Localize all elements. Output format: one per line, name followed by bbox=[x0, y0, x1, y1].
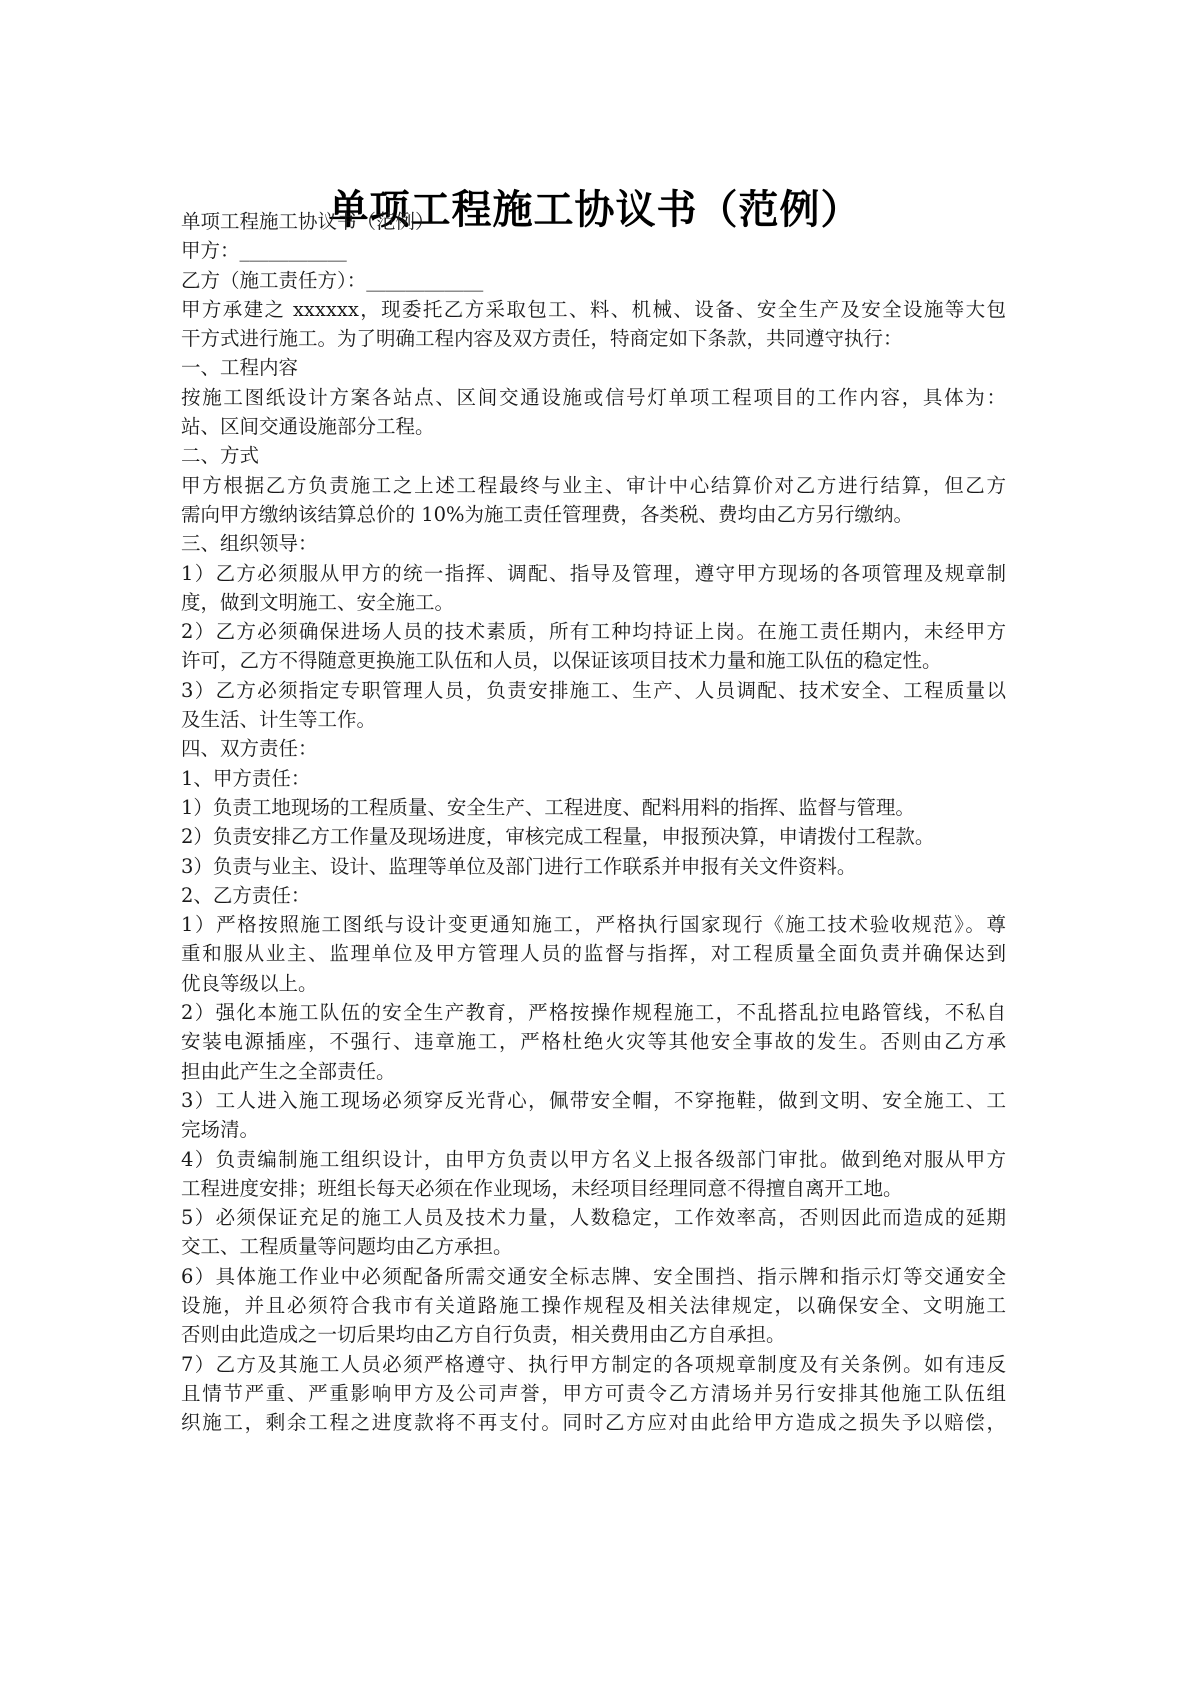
document-line: 1、甲方责任： bbox=[181, 764, 1006, 793]
document-line: 需向甲方缴纳该结算总价的 10%为施工责任管理费，各类税、费均由乙方另行缴纳。 bbox=[181, 500, 1006, 529]
document-line: 乙方（施工责任方）：____________ bbox=[181, 266, 1006, 295]
document-line: 一、工程内容 bbox=[181, 353, 1006, 382]
document-line: 甲方承建之 xxxxxx，现委托乙方采取包工、料、机械、设备、安全生产及安全设施… bbox=[181, 295, 1006, 324]
document-body: 单项工程施工协议书（范例）甲方：___________乙方（施工责任方）：___… bbox=[181, 207, 1006, 1437]
document-line: 5）必须保证充足的施工人员及技术力量，人数稳定，工作效率高，否则因此而造成的延期 bbox=[181, 1203, 1006, 1232]
document-line: 及生活、计生等工作。 bbox=[181, 705, 1006, 734]
document-line: 干方式进行施工。为了明确工程内容及双方责任，特商定如下条款，共同遵守执行： bbox=[181, 324, 1006, 353]
document-line: 安装电源插座，不强行、违章施工，严格杜绝火灾等其他安全事故的发生。否则由乙方承 bbox=[181, 1027, 1006, 1056]
document-line: 三、组织领导： bbox=[181, 529, 1006, 558]
document-line: 重和服从业主、监理单位及甲方管理人员的监督与指挥，对工程质量全面负责并确保达到 bbox=[181, 939, 1006, 968]
document-line: 2）负责安排乙方工作量及现场进度，审核完成工程量，申报预决算，申请拨付工程款。 bbox=[181, 822, 1006, 851]
document-line: 单项工程施工协议书（范例） bbox=[181, 207, 1006, 236]
document-line: 3）乙方必须指定专职管理人员，负责安排施工、生产、人员调配、技术安全、工程质量以 bbox=[181, 676, 1006, 705]
document-line: 四、双方责任： bbox=[181, 734, 1006, 763]
document-line: 否则由此造成之一切后果均由乙方自行负责，相关费用由乙方自承担。 bbox=[181, 1320, 1006, 1349]
document-line: 许可，乙方不得随意更换施工队伍和人员，以保证该项目技术力量和施工队伍的稳定性。 bbox=[181, 646, 1006, 675]
document-line: 二、方式 bbox=[181, 441, 1006, 470]
document-line: 站、区间交通设施部分工程。 bbox=[181, 412, 1006, 441]
document-line: 1）严格按照施工图纸与设计变更通知施工，严格执行国家现行《施工技术验收规范》。尊 bbox=[181, 910, 1006, 939]
document-line: 工程进度安排；班组长每天必须在作业现场，未经项目经理同意不得擅自离开工地。 bbox=[181, 1174, 1006, 1203]
document-line: 2）强化本施工队伍的安全生产教育，严格按操作规程施工，不乱搭乱拉电路管线，不私自 bbox=[181, 998, 1006, 1027]
document-line: 担由此产生之全部责任。 bbox=[181, 1057, 1006, 1086]
document-line: 2）乙方必须确保进场人员的技术素质，所有工种均持证上岗。在施工责任期内，未经甲方 bbox=[181, 617, 1006, 646]
document-page: 单项工程施工协议书（范例） 单项工程施工协议书（范例）甲方：__________… bbox=[0, 0, 1190, 1683]
document-line: 优良等级以上。 bbox=[181, 969, 1006, 998]
document-line: 甲方根据乙方负责施工之上述工程最终与业主、审计中心结算价对乙方进行结算，但乙方 bbox=[181, 471, 1006, 500]
document-line: 6）具体施工作业中必须配备所需交通安全标志牌、安全围挡、指示牌和指示灯等交通安全 bbox=[181, 1262, 1006, 1291]
document-line: 3）工人进入施工现场必须穿反光背心，佩带安全帽，不穿拖鞋，做到文明、安全施工、工 bbox=[181, 1086, 1006, 1115]
document-line: 完场清。 bbox=[181, 1115, 1006, 1144]
document-line: 4）负责编制施工组织设计，由甲方负责以甲方名义上报各级部门审批。做到绝对服从甲方 bbox=[181, 1145, 1006, 1174]
document-line: 甲方：___________ bbox=[181, 236, 1006, 265]
document-line: 度，做到文明施工、安全施工。 bbox=[181, 588, 1006, 617]
document-line: 7）乙方及其施工人员必须严格遵守、执行甲方制定的各项规章制度及有关条例。如有违反 bbox=[181, 1350, 1006, 1379]
document-line: 3）负责与业主、设计、监理等单位及部门进行工作联系并申报有关文件资料。 bbox=[181, 852, 1006, 881]
document-line: 设施，并且必须符合我市有关道路施工操作规程及相关法律规定，以确保安全、文明施工 bbox=[181, 1291, 1006, 1320]
document-line: 1）负责工地现场的工程质量、安全生产、工程进度、配料用料的指挥、监督与管理。 bbox=[181, 793, 1006, 822]
document-line: 织施工，剩余工程之进度款将不再支付。同时乙方应对由此给甲方造成之损失予以赔偿， bbox=[181, 1408, 1006, 1437]
document-line: 且情节严重、严重影响甲方及公司声誉，甲方可责令乙方清场并另行安排其他施工队伍组 bbox=[181, 1379, 1006, 1408]
document-line: 1）乙方必须服从甲方的统一指挥、调配、指导及管理，遵守甲方现场的各项管理及规章制 bbox=[181, 559, 1006, 588]
document-line: 2、乙方责任： bbox=[181, 881, 1006, 910]
document-line: 按施工图纸设计方案各站点、区间交通设施或信号灯单项工程项目的工作内容，具体为： bbox=[181, 383, 1006, 412]
document-line: 交工、工程质量等问题均由乙方承担。 bbox=[181, 1232, 1006, 1261]
